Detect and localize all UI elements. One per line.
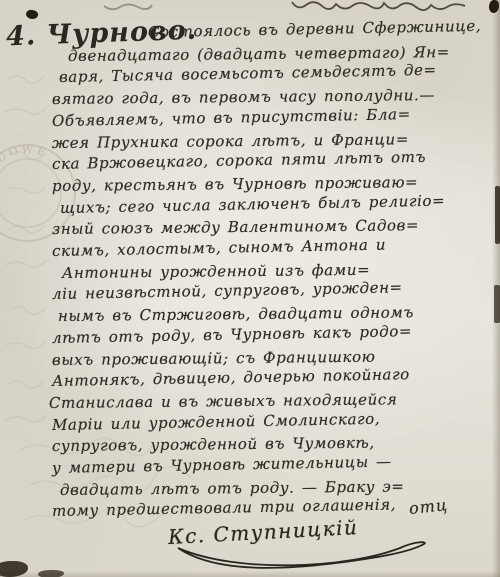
record-body: Состоялось въ деревни Сфержинице,двенадц… xyxy=(52,24,496,523)
previous-entry-cutoff-line xyxy=(0,0,500,14)
signature-block: Кс. Ступницкій xyxy=(168,520,418,572)
manuscript-page: SĄDOWE 4. Чурново. Состоялось въ деревни… xyxy=(0,0,500,577)
signature-flourish xyxy=(148,538,438,574)
page-corner-stain xyxy=(38,570,64,577)
marginal-word: отц xyxy=(408,495,449,518)
